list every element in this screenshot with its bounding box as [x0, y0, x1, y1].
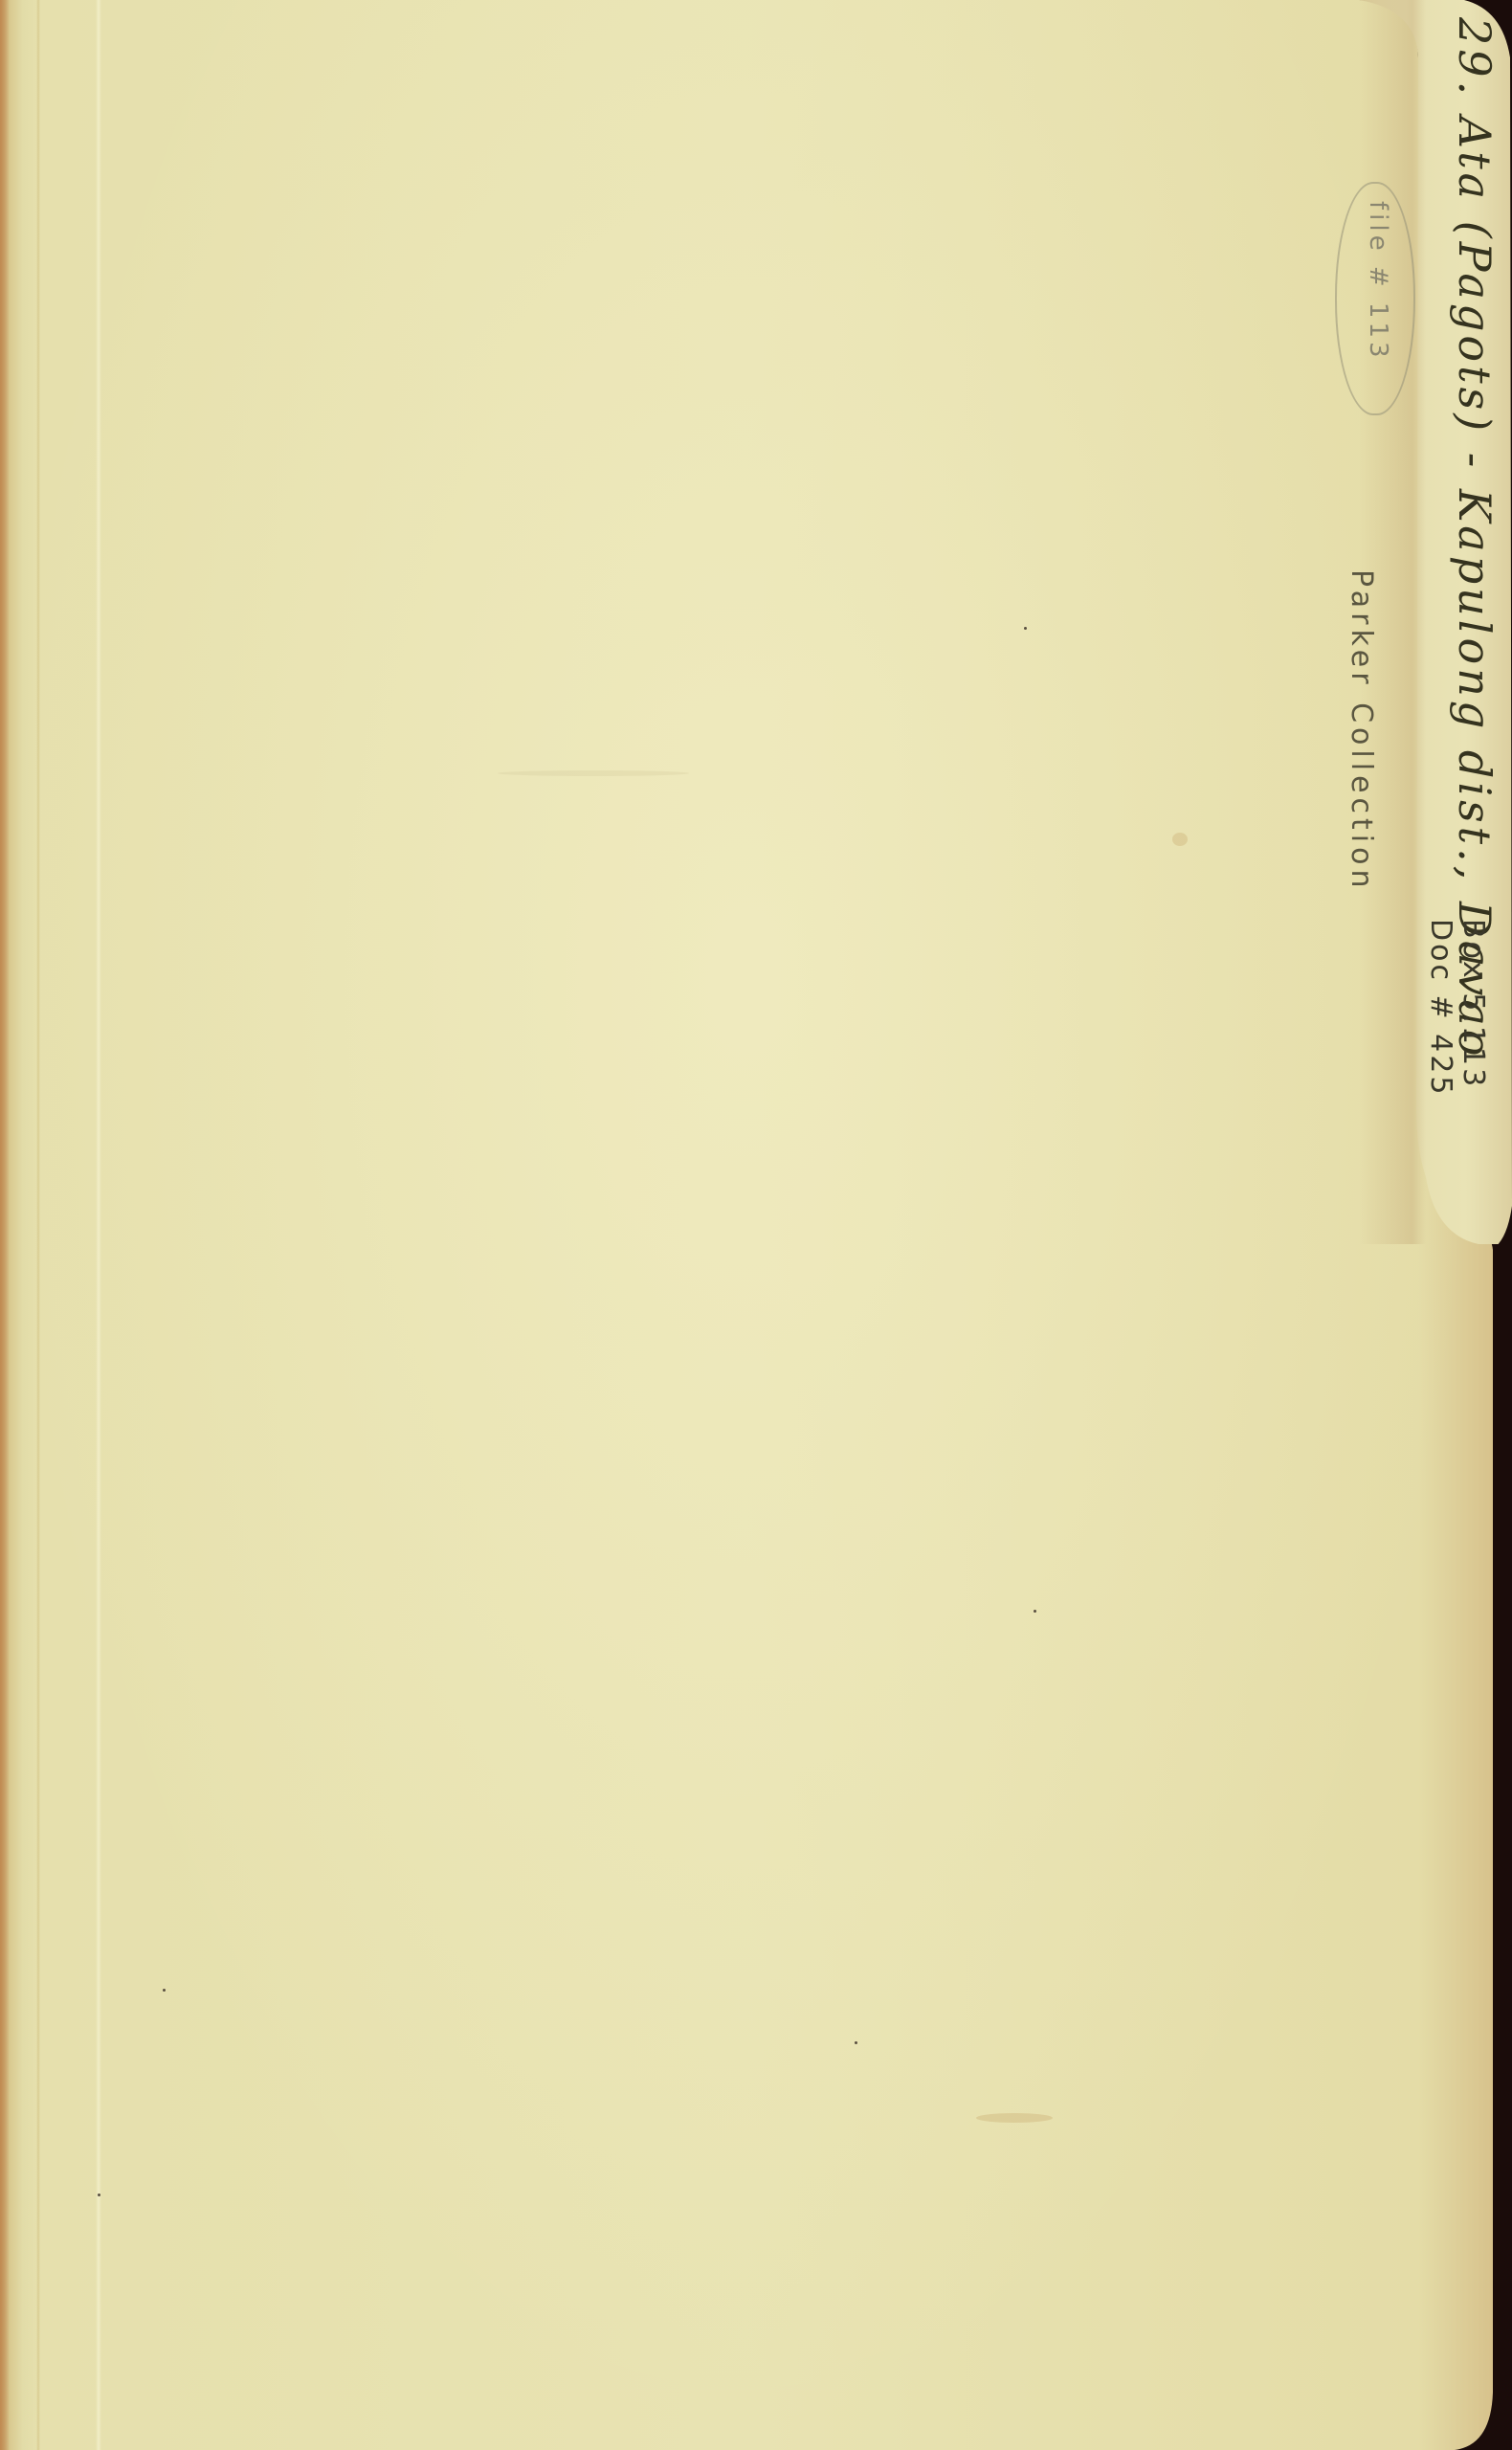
- folder-score-line-inner: [96, 0, 101, 2450]
- paper-crease: [498, 770, 689, 776]
- paper-speck: [855, 2041, 857, 2044]
- box-number: Box 5.113: [1456, 919, 1489, 1097]
- paper-speck: [98, 2194, 100, 2196]
- tab-label-handwritten: 29. Ata (Pagots) - Kapulong dist., Davao: [1449, 17, 1501, 1059]
- paper-speck: [163, 1989, 166, 1992]
- box-doc-reference: Box 5.113 Doc # 425: [1424, 919, 1489, 1097]
- folder-left-edge: [0, 0, 10, 2450]
- paper-speck: [1034, 1610, 1036, 1613]
- paper-speck: [1024, 627, 1027, 630]
- scanned-folder-scene: 29. Ata (Pagots) - Kapulong dist., Davao…: [0, 0, 1512, 2450]
- folder-score-line-outer: [36, 0, 40, 2450]
- paper-stain: [976, 2113, 1053, 2123]
- circled-file-number: file # 113: [1364, 201, 1392, 362]
- collection-label: Parker Collection: [1345, 569, 1378, 892]
- manila-folder-body: [0, 0, 1493, 2450]
- paper-stain: [1172, 833, 1188, 846]
- doc-number: Doc # 425: [1424, 919, 1456, 1097]
